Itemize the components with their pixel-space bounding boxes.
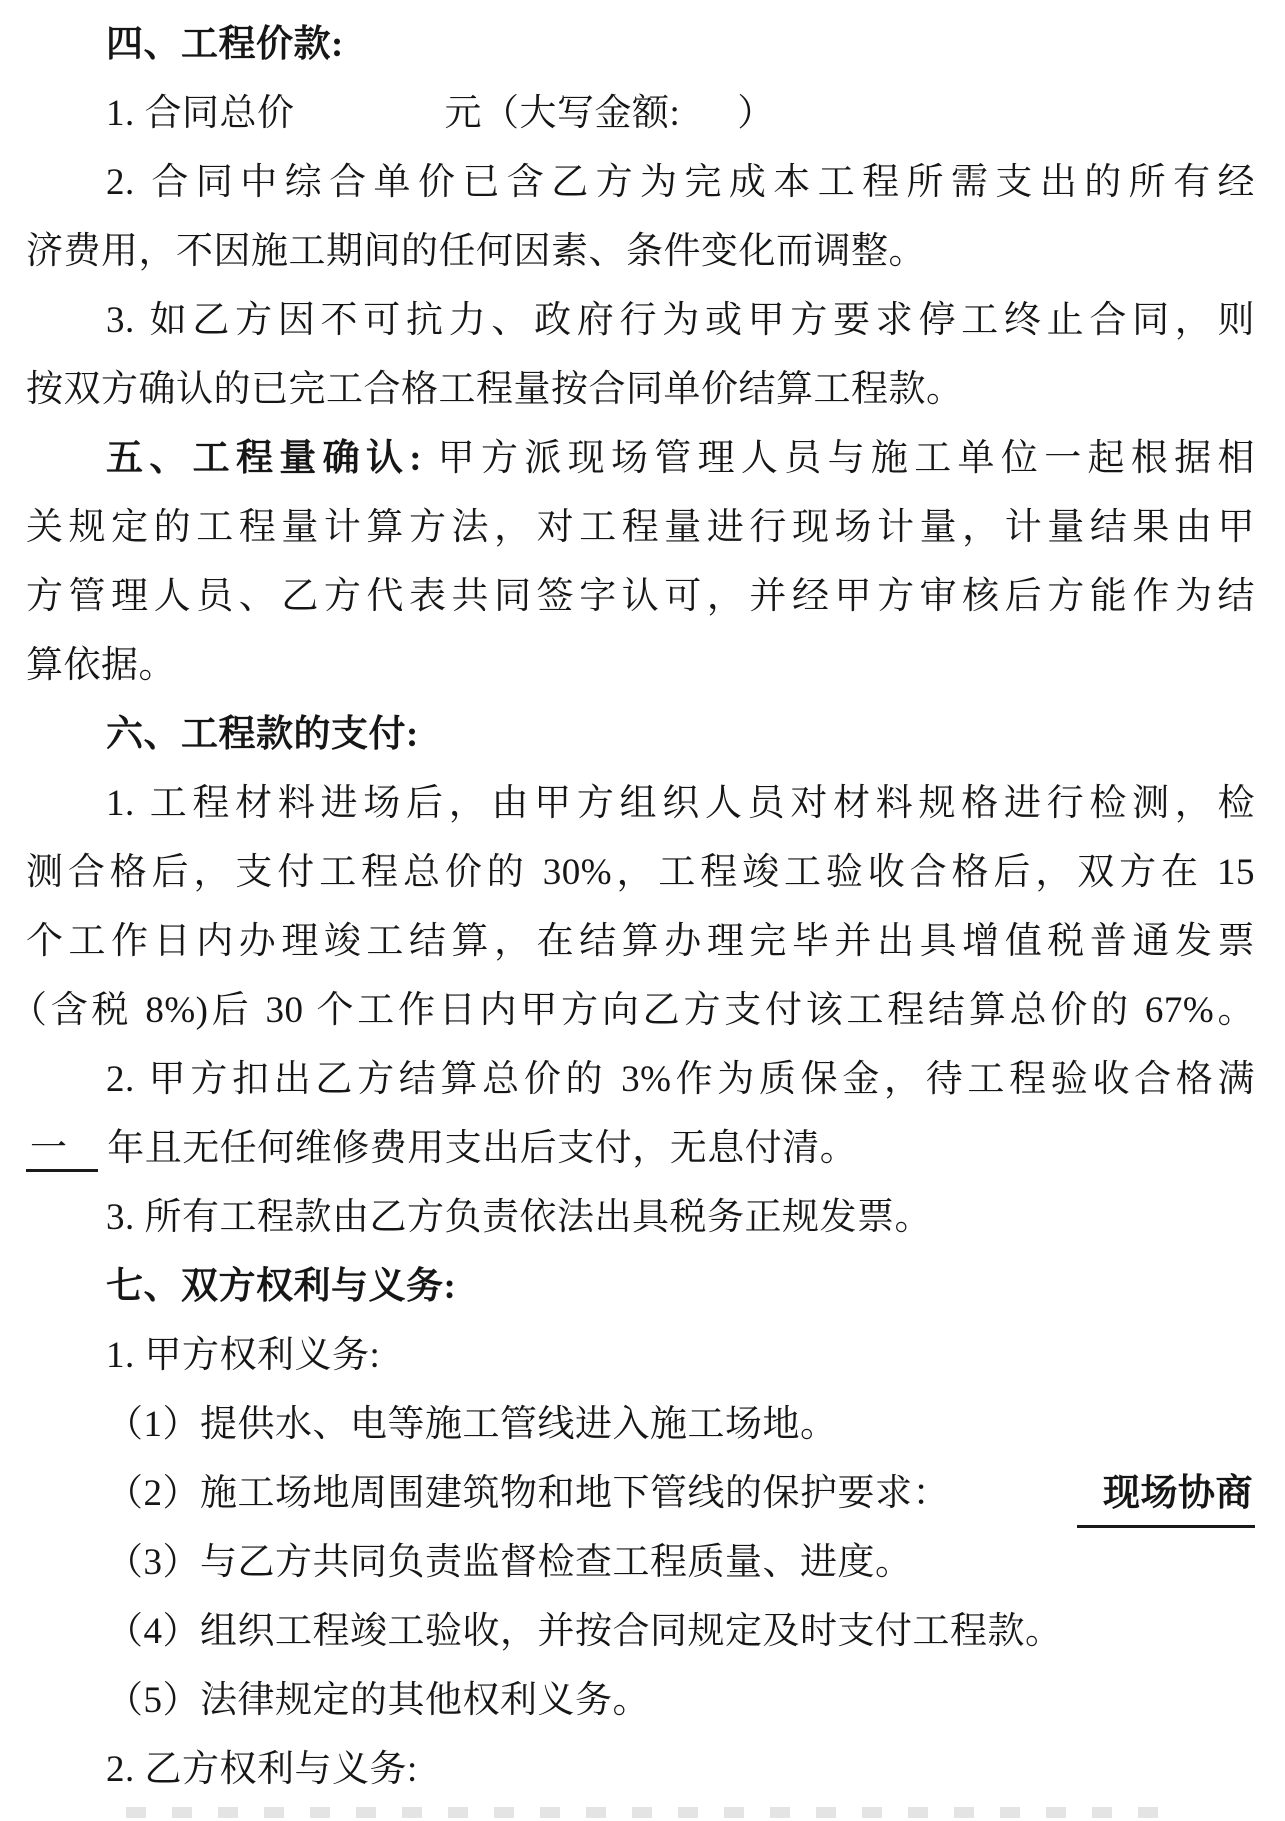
clause-text: 算依据。 [26, 645, 176, 686]
clause-text: （1）提供水、电等施工管线进入施工场地。 [106, 1404, 838, 1445]
clause-text: 济费用，不因施工期间的任何因素、条件变化而调整。 [26, 231, 926, 272]
filled-blank-years: 一 [26, 1128, 98, 1172]
clause-text: 年且无任何维修费用支出后支付，无息付清。 [98, 1128, 858, 1169]
clause-text: 1. 甲方权利义务: [106, 1335, 380, 1376]
clause-text: 3. 所有工程款由乙方负责依法出具税务正规发票。 [106, 1197, 932, 1238]
clause-text: 2. 合同中综合单价已含乙方为完成本工程所需支出的所有经 [106, 162, 1255, 203]
clause-text: 关规定的工程量计算方法，对工程量进行现场计量，计量结果由甲 [26, 507, 1255, 548]
clause-payment1-line2: 测合格后，支付工程总价的 30%，工程竣工验收合格后，双方在 15 [26, 838, 1255, 907]
clause-unit-price-line2: 济费用，不因施工期间的任何因素、条件变化而调整。 [26, 217, 1255, 286]
clause-payment1-line3: 个工作日内办理竣工结算，在结算办理完毕并出具增值税普通发票 [26, 907, 1255, 976]
item-a5-other-legal-rights: （5）法律规定的其他权利义务。 [26, 1666, 1255, 1735]
clause-text: 1. 工程材料进场后，由甲方组织人员对材料规格进行检测，检 [106, 783, 1255, 824]
heading-section6-payment: 六、工程款的支付: [26, 700, 1255, 769]
clause-quantity-line2: 关规定的工程量计算方法，对工程量进行现场计量，计量结果由甲 [26, 493, 1255, 562]
subheading-party-b-rights: 2. 乙方权利与义务: [26, 1735, 1255, 1804]
clause-text: （含税 8%)后 30 个工作日内甲方向乙方支付该工程结算总价的 67%。 [10, 990, 1255, 1031]
clause-text: 3. 如乙方因不可抗力、政府行为或甲方要求停工终止合同，则 [106, 300, 1255, 341]
heading-text: 四、工程价款: [106, 24, 344, 65]
clause-force-majeure-line1: 3. 如乙方因不可抗力、政府行为或甲方要求停工终止合同，则 [26, 286, 1255, 355]
clause-unit-price-line1: 2. 合同中综合单价已含乙方为完成本工程所需支出的所有经 [26, 148, 1255, 217]
clause-invoice: 3. 所有工程款由乙方负责依法出具税务正规发票。 [26, 1183, 1255, 1252]
clause-force-majeure-line2: 按双方确认的已完工合格工程量按合同单价结算工程款。 [26, 355, 1255, 424]
heading-section7-rights-obligations: 七、双方权利与义务: [26, 1252, 1255, 1321]
clause-text: （4）组织工程竣工验收，并按合同规定及时支付工程款。 [106, 1611, 1063, 1652]
heading-section4-project-price: 四、工程价款: [26, 10, 1255, 79]
clause-text: 按双方确认的已完工合格工程量按合同单价结算工程款。 [26, 369, 964, 410]
subheading-party-a-rights: 1. 甲方权利义务: [26, 1321, 1255, 1390]
heading-text: 六、工程款的支付: [106, 714, 419, 755]
clause-text: 个工作日内办理竣工结算，在结算办理完毕并出具增值税普通发票 [26, 921, 1255, 962]
item-a3-supervision: （3）与乙方共同负责监督检查工程质量、进度。 [26, 1528, 1255, 1597]
clause-text: 2. 甲方扣出乙方结算总价的 3%作为质保金，待工程验收合格满 [106, 1059, 1255, 1100]
clause-text: 甲方派现场管理人员与施工单位一起根据相 [422, 438, 1255, 479]
item-a1-utilities: （1）提供水、电等施工管线进入施工场地。 [26, 1390, 1255, 1459]
clause-contract-total-price: 1. 合同总价 元（大写金额: ） [26, 79, 1255, 148]
clause-text: （2）施工场地周围建筑物和地下管线的保护要求： [106, 1459, 950, 1528]
clause-retention-line2: 一 年且无任何维修费用支出后支付，无息付清。 [26, 1114, 1255, 1183]
item-a2-protection-requirement: （2）施工场地周围建筑物和地下管线的保护要求：现场协商 [26, 1459, 1255, 1528]
clause-payment1-line4: （含税 8%)后 30 个工作日内甲方向乙方支付该工程结算总价的 67%。 [10, 976, 1255, 1045]
clause-text: 方管理人员、乙方代表共同签字认可，并经甲方审核后方能作为结 [26, 576, 1255, 617]
clause-retention-line1: 2. 甲方扣出乙方结算总价的 3%作为质保金，待工程验收合格满 [26, 1045, 1255, 1114]
clause-quantity-line4: 算依据。 [26, 631, 1255, 700]
clause-payment1-line1: 1. 工程材料进场后，由甲方组织人员对材料规格进行检测，检 [26, 769, 1255, 838]
contract-document-page: 四、工程价款: 1. 合同总价 元（大写金额: ） 2. 合同中综合单价已含乙方… [0, 0, 1285, 1818]
heading-text: 五、工程量确认: [106, 438, 422, 479]
clause-text: （5）法律规定的其他权利义务。 [106, 1680, 650, 1721]
filled-blank-onsite-negotiation: 现场协商 [1077, 1459, 1255, 1528]
heading-section5-quantity-confirmation: 五、工程量确认: 甲方派现场管理人员与施工单位一起根据相 [26, 424, 1255, 493]
item-a4-acceptance-payment: （4）组织工程竣工验收，并按合同规定及时支付工程款。 [26, 1597, 1255, 1666]
heading-text: 七、双方权利与义务: [106, 1266, 456, 1307]
clause-text: 测合格后，支付工程总价的 30%，工程竣工验收合格后，双方在 15 [26, 852, 1255, 893]
cutoff-next-line-fragment [126, 1807, 1165, 1818]
clause-quantity-line3: 方管理人员、乙方代表共同签字认可，并经甲方审核后方能作为结 [26, 562, 1255, 631]
clause-text: （3）与乙方共同负责监督检查工程质量、进度。 [106, 1542, 913, 1583]
clause-text: 1. 合同总价 元（大写金额: ） [106, 93, 775, 134]
clause-text: 2. 乙方权利与义务: [106, 1749, 418, 1790]
